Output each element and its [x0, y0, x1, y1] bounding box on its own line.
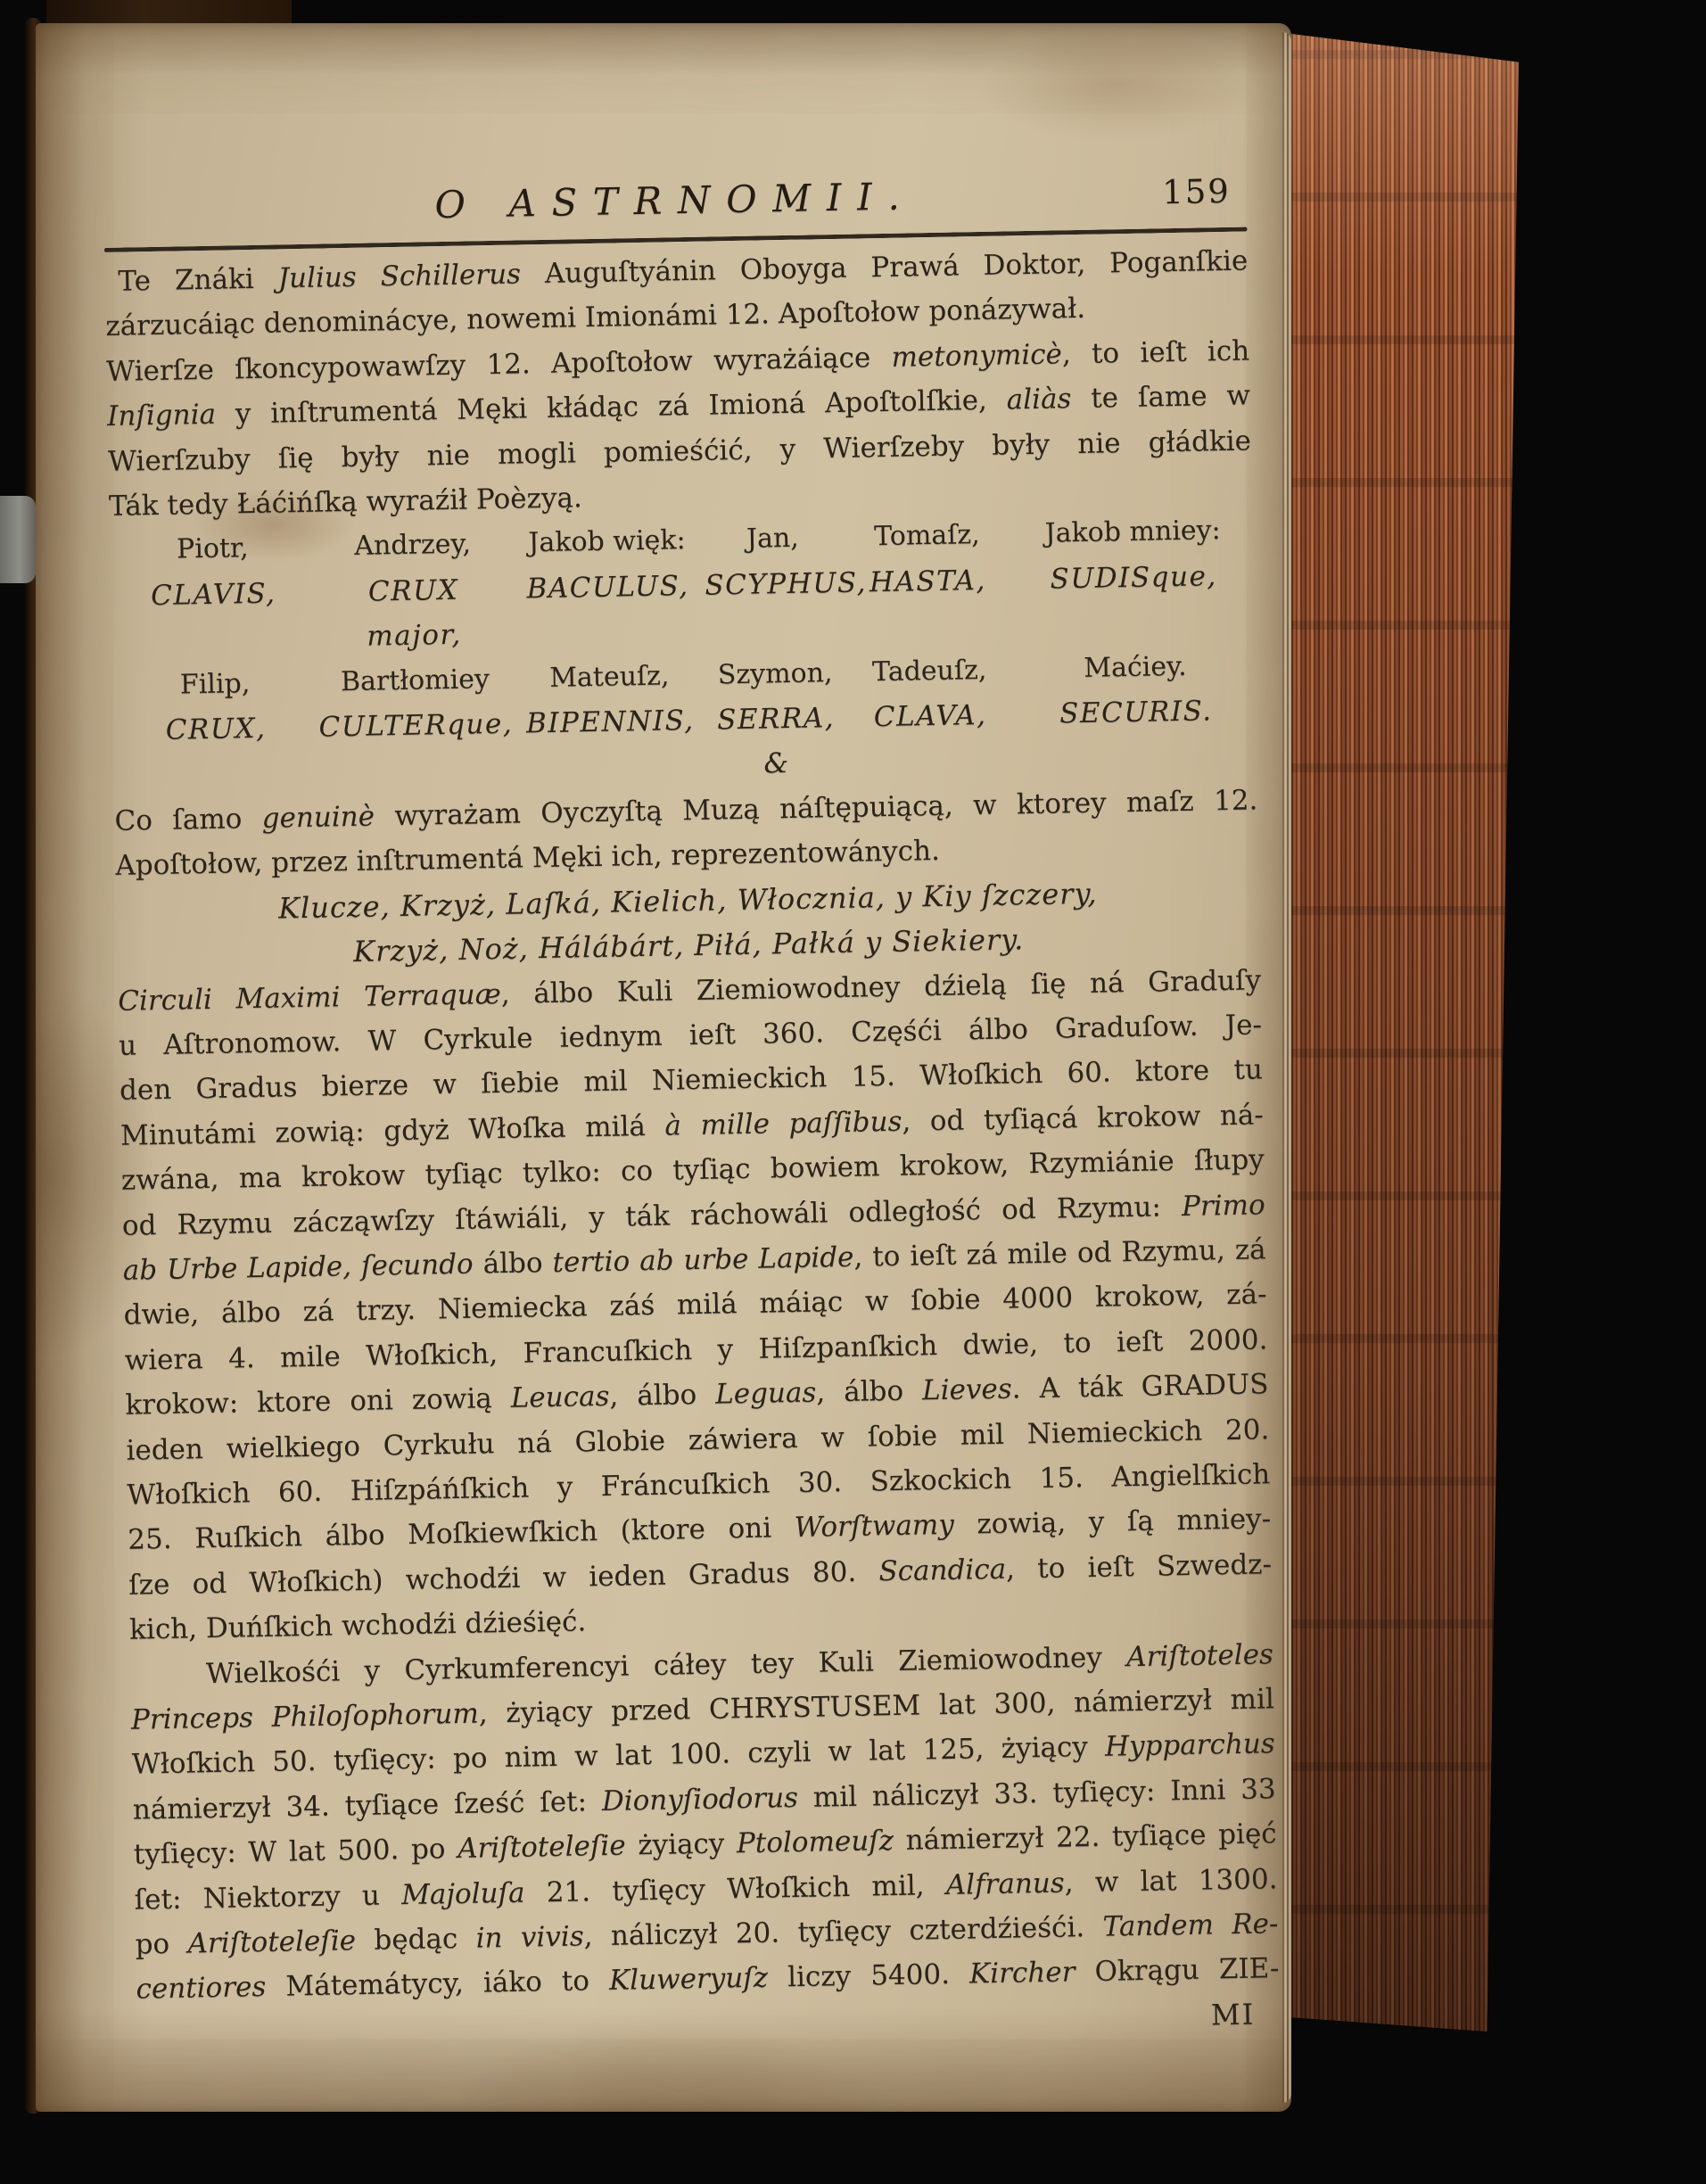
- text-segment: aliàs: [1006, 383, 1071, 416]
- apostle-latin-cell: BACULUS,: [510, 564, 706, 657]
- text-segment: Ariſtoteleſie: [457, 1830, 626, 1865]
- text-segment: Hypparchus: [1105, 1728, 1275, 1763]
- text-segment: Mátemátycy, iáko to: [266, 1965, 609, 2003]
- apostle-name-cell: Jakob więk:: [509, 518, 705, 566]
- text-segment: , to ieſt zá mile od Rzymu, zá: [853, 1233, 1266, 1273]
- text-segment: te ſame w: [1071, 380, 1250, 416]
- text-segment: krokow: ktore oni zowią: [125, 1382, 511, 1422]
- text-segment: Te Znáki: [118, 262, 278, 297]
- text-segment: będąc: [356, 1923, 476, 1957]
- apostle-latin-cell: CLAVIS,: [110, 571, 317, 664]
- apostle-name-cell: Bartłomiey: [317, 656, 513, 705]
- apostle-latin-cell: HASTA,: [842, 557, 1015, 650]
- text-segment: Ariſtoteles: [1126, 1638, 1273, 1673]
- text-segment: námierzył 34. tyſiące ſześć ſet:: [133, 1785, 603, 1826]
- apostle-latin-cell: SECURIS.: [1016, 688, 1257, 782]
- apostle-name-cell: Andrzey,: [315, 522, 510, 570]
- apostle-latin-cell: CRUX,: [112, 705, 320, 799]
- apostle-name-cell: Szymon,: [706, 651, 845, 698]
- text-segment: , álbo Kuli Ziemiowodney dźielą ſię ná G…: [500, 964, 1261, 1010]
- text-segment: à mille paſſibus: [664, 1105, 902, 1141]
- text-segment: Ták tedy Łáćińſką wyraźił Poèzyą.: [109, 482, 582, 523]
- page-paper: O ASTRNOMII. 159 Te Znáki Julius Schille…: [36, 23, 1291, 2112]
- apostle-latin-cell: SCYPHUS,: [705, 561, 844, 654]
- text-segment: zowią, y ſą mniey-: [953, 1504, 1271, 1542]
- text-segment: centiores: [136, 1971, 266, 2006]
- text-segment: álbo: [473, 1247, 553, 1281]
- text-segment: tyſięcy: W lat 500. po: [133, 1833, 457, 1871]
- text-segment: Primo: [1182, 1189, 1265, 1223]
- text-segment: ab Urbe Lapide, ſecundo: [122, 1249, 474, 1287]
- apostle-name-cell: Maćiey.: [1015, 643, 1256, 692]
- text-segment: Inſignia: [107, 399, 216, 433]
- text-segment: 25. Ruſkich álbo Moſkiewſkich (ktore oni: [128, 1512, 795, 1556]
- apostle-name-cell: Jakob mniey:: [1012, 508, 1253, 557]
- text-segment: Co ſamo: [114, 803, 262, 837]
- text-segment: liczy 5400.: [768, 1958, 970, 1994]
- text-segment: , od tyſiącá krokow ná-: [902, 1099, 1264, 1137]
- text-segment: Circuli Maximi Terraquæ: [118, 977, 501, 1017]
- book-clasp: [0, 496, 36, 583]
- text-segment: , żyiący przed CHRYSTUSEM lat 300, námie…: [478, 1683, 1274, 1729]
- text-segment: Leguas: [715, 1377, 817, 1411]
- text-segment: , álbo: [816, 1375, 922, 1409]
- text-segment: metonymicè: [891, 338, 1062, 374]
- text-segment: Leucas: [510, 1380, 609, 1414]
- text-segment: po: [135, 1928, 188, 1961]
- apostle-name-cell: Mateuſz,: [512, 653, 707, 701]
- text-segment: żyiący: [625, 1828, 737, 1862]
- apostle-name-cell: Piotr,: [110, 525, 317, 574]
- text-segment: Minutámi zowią: gdyż Włoſka milá: [120, 1109, 665, 1151]
- text-segment: Princeps Philoſophorum: [131, 1698, 479, 1736]
- apostle-latin-cell: CULTERque,: [318, 702, 515, 795]
- text-segment: , to ieſt ich: [1062, 334, 1250, 370]
- text-segment: Apoſtołow, przez inſtrumentá Męki ich, r…: [115, 835, 940, 882]
- apostle-name-cell: Filip,: [111, 660, 318, 709]
- text-segment: Ariſtoteleſie: [187, 1924, 356, 1959]
- text-segment: Wierſze ſkoncypowawſzy 12. Apoſtołow wyr…: [106, 342, 892, 388]
- apostle-latin-cell: CLAVA,: [845, 692, 1018, 785]
- text-segment: Scandica: [878, 1553, 1006, 1587]
- text-segment: Kircher: [969, 1957, 1076, 1990]
- apostle-latin-cell: BIPENNIS,: [513, 698, 709, 792]
- text-segment: , w lat 1300.: [1064, 1863, 1277, 1899]
- text-segment: námierzył 22. tyſiące pięć: [894, 1817, 1277, 1857]
- text-segment: Alfranus: [946, 1867, 1066, 1900]
- apostle-latin-cell: SERRA, &: [707, 696, 846, 788]
- text-segment: tertio ab urbe Lapide: [552, 1241, 854, 1279]
- page-number: 159: [1162, 172, 1231, 211]
- text-segment: , to ieſt Szwedz-: [1006, 1548, 1273, 1585]
- apostle-name-cell: Tomaſz,: [841, 513, 1013, 561]
- apostle-latin-cell: CRUX major,: [316, 567, 512, 661]
- text-segment: ſze od Włoſkich) wchodźi w ieden Gradus …: [128, 1555, 879, 1601]
- fore-edge-pages: [1291, 34, 1519, 2048]
- text-segment: y inſtrumentá Męki kłádąc zá Imioná Apoſ…: [216, 384, 1007, 431]
- text-segment: Auguſtyánin Oboyga Prawá Doktor, Poganſk…: [521, 244, 1249, 290]
- text-segment: Ptolomeuſz: [737, 1825, 894, 1859]
- text-segment: Majoluſa: [401, 1876, 525, 1911]
- text-segment: Julius Schillerus: [277, 258, 521, 294]
- page-header-title: O ASTRNOMII.: [434, 174, 916, 227]
- text-segment: Tandem Re-: [1102, 1908, 1278, 1943]
- text-segment: . A ták GRADUS: [1011, 1368, 1268, 1405]
- apostle-latin-cell: SUDISque,: [1013, 553, 1255, 647]
- text-segment: genuinè: [261, 800, 375, 834]
- text-segment: , náliczył 20. tyſięcy czterdźieśći.: [583, 1911, 1103, 1953]
- text-segment: Dionyſiodorus: [602, 1782, 799, 1817]
- text-segment: in vivis: [475, 1920, 584, 1954]
- scan-root: { "header": { "title": "O ASTRNOMII.", "…: [0, 0, 1706, 2184]
- text-segment: mil náliczył 33. tyſięcy: Inni 33: [798, 1773, 1276, 1814]
- apostle-name-cell: Tadeuſz,: [844, 647, 1016, 696]
- text-segment: , álbo: [609, 1379, 715, 1413]
- text-segment: Kluweryuſz: [609, 1962, 769, 1997]
- text-segment: Worſtwamy: [794, 1509, 954, 1544]
- text-segment: kich, Duńſkich wchodźi dźieśięć.: [129, 1606, 587, 1646]
- apostle-name-cell: Jan,: [704, 515, 842, 563]
- text-segment: Okrągu ZIE-: [1075, 1953, 1280, 1989]
- header-row: O ASTRNOMII. 159: [103, 169, 1248, 231]
- text-flow: Te Znáki Julius Schillerus Auguſtyánin O…: [104, 238, 1281, 2056]
- text-segment: 21. tyſięcy Włoſkich mil,: [524, 1869, 946, 1909]
- text-segment: Lieves: [922, 1373, 1012, 1407]
- text-segment: ſet: Niektorzy u: [134, 1879, 401, 1916]
- text-area: O ASTRNOMII. 159 Te Znáki Julius Schille…: [102, 92, 1281, 2057]
